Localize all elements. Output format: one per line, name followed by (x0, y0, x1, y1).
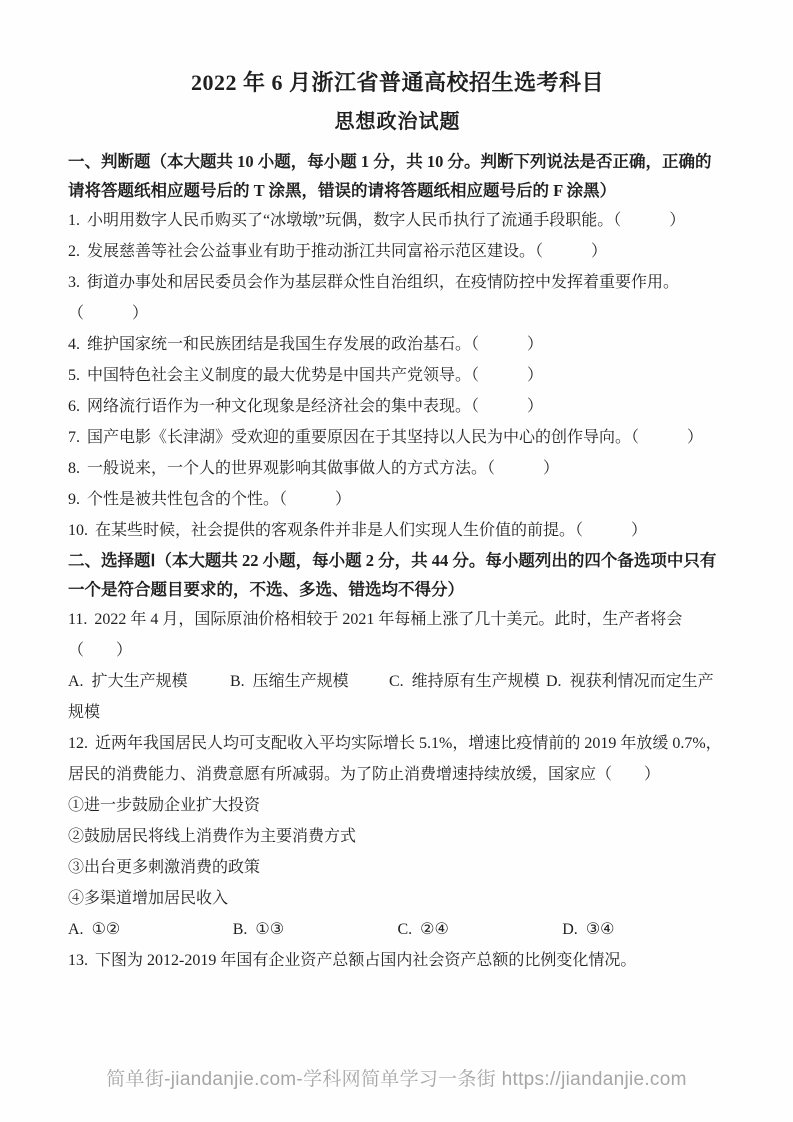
question-text: 个性是被共性包含的个性。（ ） (87, 491, 351, 508)
judgment-question-7: 7.国产电影《长津湖》受欢迎的重要原因在于其坚持以人民为中心的创作导向。（ ） (68, 422, 727, 453)
judgment-question-1: 1.小明用数字人民币购买了“冰墩墩”玩偶，数字人民币执行了流通手段职能。（ ） (68, 205, 727, 236)
option-text: 压缩生产规模 (253, 673, 349, 690)
question-number: 7. (68, 429, 80, 446)
q12-statement-2: ②鼓励居民将线上消费作为主要消费方式 (68, 821, 727, 852)
option-label: A. (68, 921, 84, 938)
q12-option-d: D.③④ (562, 914, 727, 945)
question-text: 发展慈善等社会公益事业有助于推动浙江共同富裕示范区建设。（ ） (87, 243, 607, 260)
question-text: 国产电影《长津湖》受欢迎的重要原因在于其坚持以人民为中心的创作导向。（ ） (87, 429, 703, 446)
option-text: 维持原有生产规模 (412, 673, 540, 690)
question-number: 1. (68, 212, 80, 229)
option-label: B. (233, 921, 248, 938)
q12-statement-3: ③出台更多刺激消费的政策 (68, 852, 727, 883)
option-text: 扩大生产规模 (92, 673, 188, 690)
question-text: 中国特色社会主义制度的最大优势是中国共产党领导。（ ） (87, 367, 543, 384)
option-text: ③④ (586, 921, 615, 938)
q11-option-b: B.压缩生产规模 (230, 666, 389, 697)
question-text: 一般说来，一个人的世界观影响其做事做人的方式方法。（ ） (87, 460, 559, 477)
question-text: 近两年我国居民人均可支配收入平均实际增长 5.1%，增速比疫情前的 2019 年… (68, 735, 722, 783)
page-subtitle: 思想政治试题 (68, 110, 727, 134)
option-label: B. (230, 673, 245, 690)
page-title: 2022 年 6 月浙江省普通高校招生选考科目 (68, 70, 727, 96)
option-text: ①③ (255, 921, 284, 938)
judgment-question-2: 2.发展慈善等社会公益事业有助于推动浙江共同富裕示范区建设。（ ） (68, 236, 727, 267)
question-text: 在某些时候，社会提供的客观条件并非是人们实现人生价值的前提。（ ） (95, 522, 647, 539)
choice-question-13-stem: 13.下图为 2012-2019 年国有企业资产总额占国内社会资产总额的比例变化… (68, 945, 727, 976)
choice-question-11-options: A.扩大生产规模B.压缩生产规模C.维持原有生产规模D.视获利情况而定生产规模 (68, 666, 727, 728)
judgment-question-5: 5.中国特色社会主义制度的最大优势是中国共产党领导。（ ） (68, 360, 727, 391)
exam-paper-page: 2022 年 6 月浙江省普通高校招生选考科目 思想政治试题 一、判断题（本大题… (0, 0, 793, 1122)
judgment-question-6: 6.网络流行语作为一种文化现象是经济社会的集中表现。（ ） (68, 391, 727, 422)
judgment-question-9: 9.个性是被共性包含的个性。（ ） (68, 484, 727, 515)
q12-statement-4: ④多渠道增加居民收入 (68, 883, 727, 914)
question-number: 2. (68, 243, 80, 260)
judgment-question-10: 10.在某些时候，社会提供的客观条件并非是人们实现人生价值的前提。（ ） (68, 515, 727, 546)
question-number: 10. (68, 522, 88, 539)
option-label: A. (68, 673, 84, 690)
question-text: 小明用数字人民币购买了“冰墩墩”玩偶，数字人民币执行了流通手段职能。（ ） (87, 212, 685, 229)
question-number: 4. (68, 336, 80, 353)
choice-question-12-options: A.①② B.①③ C.②④ D.③④ (68, 914, 727, 945)
q12-option-a: A.①② (68, 914, 233, 945)
option-label: D. (562, 921, 578, 938)
question-text: 街道办事处和居民委员会作为基层群众性自治组织，在疫情防控中发挥着重要作用。（ ） (68, 274, 679, 322)
question-number: 5. (68, 367, 80, 384)
question-number: 13. (68, 952, 88, 969)
q11-option-a: A.扩大生产规模 (68, 666, 230, 697)
page-content: 2022 年 6 月浙江省普通高校招生选考科目 思想政治试题 一、判断题（本大题… (0, 0, 793, 976)
section1-header: 一、判断题（本大题共 10 小题，每小题 1 分，共 10 分。判断下列说法是否… (68, 147, 727, 205)
q12-option-c: C.②④ (398, 914, 563, 945)
section2-header: 二、选择题Ⅰ（本大题共 22 小题，每小题 2 分，共 44 分。每小题列出的四… (68, 546, 727, 604)
option-text: ②④ (420, 921, 449, 938)
q12-option-b: B.①③ (233, 914, 398, 945)
judgment-question-3: 3.街道办事处和居民委员会作为基层群众性自治组织，在疫情防控中发挥着重要作用。（… (68, 267, 727, 329)
question-number: 11. (68, 611, 87, 628)
option-label: C. (389, 673, 404, 690)
watermark-footer: 简单街-jiandanjie.com-学科网简单学习一条街 https://ji… (0, 1064, 793, 1091)
question-text: 2022 年 4 月，国际原油价格相较于 2021 年每桶上涨了几十美元。此时，… (68, 611, 682, 659)
judgment-question-4: 4.维护国家统一和民族团结是我国生存发展的政治基石。（ ） (68, 329, 727, 360)
question-number: 9. (68, 491, 80, 508)
option-label: D. (546, 673, 562, 690)
question-number: 12. (68, 735, 88, 752)
question-text: 下图为 2012-2019 年国有企业资产总额占国内社会资产总额的比例变化情况。 (95, 952, 636, 969)
question-text: 网络流行语作为一种文化现象是经济社会的集中表现。（ ） (87, 398, 543, 415)
choice-question-11-stem: 11.2022 年 4 月，国际原油价格相较于 2021 年每桶上涨了几十美元。… (68, 604, 727, 666)
judgment-question-8: 8.一般说来，一个人的世界观影响其做事做人的方式方法。（ ） (68, 453, 727, 484)
option-label: C. (398, 921, 413, 938)
q12-statement-1: ①进一步鼓励企业扩大投资 (68, 790, 727, 821)
question-number: 6. (68, 398, 80, 415)
q11-option-c: C.维持原有生产规模 (389, 666, 546, 697)
option-text: ①② (92, 921, 121, 938)
question-number: 8. (68, 460, 80, 477)
choice-question-12-stem: 12.近两年我国居民人均可支配收入平均实际增长 5.1%，增速比疫情前的 201… (68, 728, 727, 790)
question-number: 3. (68, 274, 80, 291)
question-text: 维护国家统一和民族团结是我国生存发展的政治基石。（ ） (87, 336, 543, 353)
